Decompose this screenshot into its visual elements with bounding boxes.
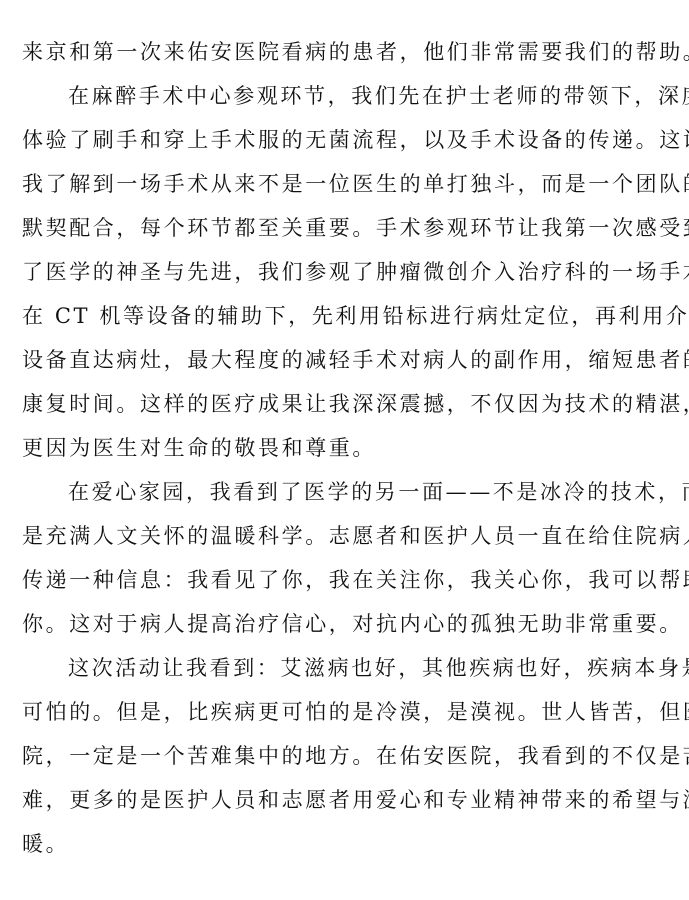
text-line: 更因为医生对生命的敬畏和尊重。 (22, 426, 670, 470)
text-line: 在 CT 机等设备的辅助下，先利用铅标进行病灶定位，再利用介入 (22, 294, 670, 338)
text-line: 来京和第一次来佑安医院看病的患者，他们非常需要我们的帮助。” (22, 30, 670, 74)
text-line: 是充满人文关怀的温暖科学。志愿者和医护人员一直在给住院病人 (22, 514, 670, 558)
text-line: 你。这对于病人提高治疗信心，对抗内心的孤独无助非常重要。 (22, 602, 670, 646)
text-line: 了医学的神圣与先进，我们参观了肿瘤微创介入治疗科的一场手术。 (22, 250, 670, 294)
text-line: 在麻醉手术中心参观环节，我们先在护士老师的带领下，深度 (22, 74, 670, 118)
text-line: 默契配合，每个环节都至关重要。手术参观环节让我第一次感受到 (22, 206, 670, 250)
text-line: 我了解到一场手术从来不是一位医生的单打独斗，而是一个团队的 (22, 162, 670, 206)
text-line: 难，更多的是医护人员和志愿者用爱心和专业精神带来的希望与温 (22, 778, 670, 822)
text-line: 设备直达病灶，最大程度的减轻手术对病人的副作用，缩短患者的 (22, 338, 670, 382)
text-line: 可怕的。但是，比疾病更可怕的是冷漠，是漠视。世人皆苦，但医 (22, 690, 670, 734)
text-line: 院，一定是一个苦难集中的地方。在佑安医院，我看到的不仅是苦 (22, 734, 670, 778)
text-line: 这次活动让我看到：艾滋病也好，其他疾病也好，疾病本身是 (22, 646, 670, 690)
text-line: 传递一种信息：我看见了你，我在关注你，我关心你，我可以帮助 (22, 558, 670, 602)
text-line: 暖。 (22, 822, 670, 866)
text-line: 体验了刷手和穿上手术服的无菌流程，以及手术设备的传递。这让 (22, 118, 670, 162)
text-line: 在爱心家园，我看到了医学的另一面——不是冰冷的技术，而 (22, 470, 670, 514)
text-line: 康复时间。这样的医疗成果让我深深震撼，不仅因为技术的精湛， (22, 382, 670, 426)
document-page: 来京和第一次来佑安医院看病的患者，他们非常需要我们的帮助。” 在麻醉手术中心参观… (22, 30, 670, 866)
